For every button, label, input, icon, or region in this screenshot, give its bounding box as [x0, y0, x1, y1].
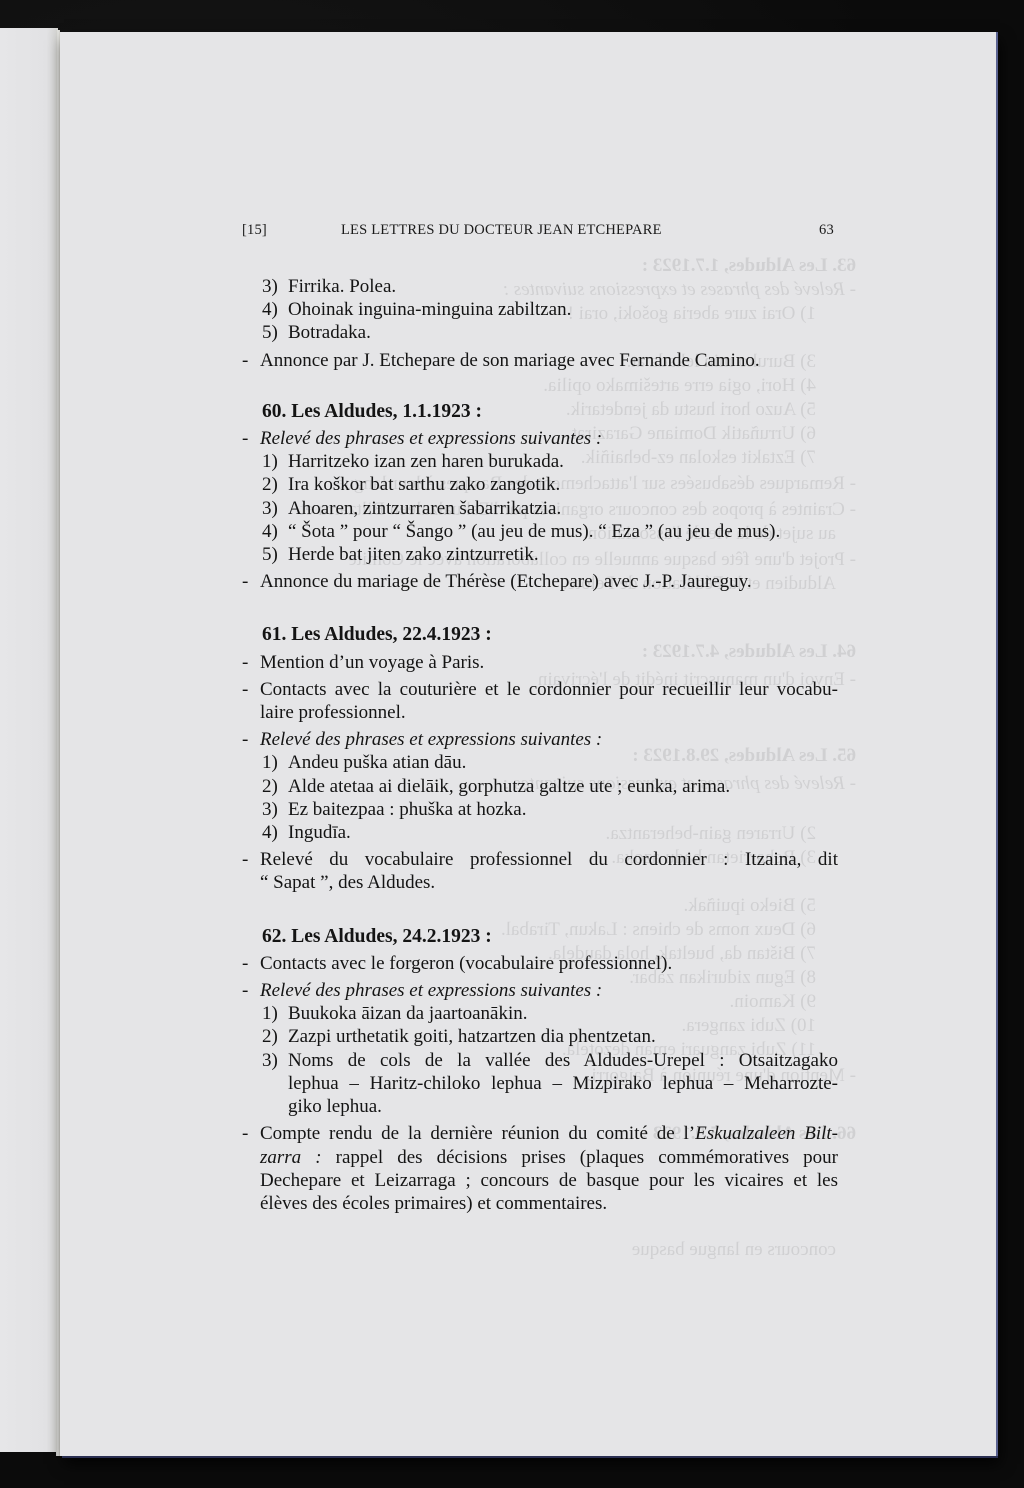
note-text-prefix: Compte rendu de la dernière réunion du c…	[260, 1123, 695, 1144]
note-line: - Relevé des phrases et expressions suiv…	[242, 427, 838, 450]
dash-bullet: -	[242, 651, 248, 674]
note-text: Contacts avec la couturière et le cordon…	[260, 678, 838, 701]
item-number: 3)	[262, 275, 278, 298]
list-item: 2) Alde atetaa ai dielāik, gorphutza gal…	[242, 775, 838, 798]
list-item: 4) Ohoinak inguina-minguina zabiltzan.	[242, 298, 838, 321]
dash-bullet: -	[242, 952, 248, 975]
item-text: Noms de cols de la vallée des Aldudes-Ur…	[288, 1049, 838, 1072]
item-text: Botradaka.	[288, 322, 371, 343]
document-page: 63. Les Aldudes, 1.7.1923 : - Relevé des…	[60, 32, 996, 1456]
page-edge	[996, 32, 998, 1456]
note-text: Relevé des phrases et expressions suivan…	[260, 729, 602, 750]
list-item: 2) Ira koškor bat sarthu zako zangotik.	[242, 473, 838, 496]
page-body: 3) Firrika. Polea. 4) Ohoinak inguina-mi…	[242, 275, 838, 1215]
note-line: - Relevé du vocabulaire professionnel du…	[242, 848, 838, 894]
running-title: LES LETTRES DU DOCTEUR JEAN ETCHEPARE	[341, 222, 662, 239]
item-text: Alde atetaa ai dielāik, gorphutza galtze…	[288, 776, 730, 797]
dash-bullet: -	[242, 427, 248, 450]
item-text: Zazpi urthetatik goiti, hatzartzen dia p…	[288, 1026, 656, 1047]
dash-bullet: -	[242, 349, 248, 372]
note-line: - Compte rendu de la dernière réunion du…	[242, 1122, 838, 1215]
dash-bullet: -	[242, 1122, 248, 1145]
dash-bullet: -	[242, 570, 248, 593]
note-text-continued: Dechepare et Leizarraga ; concours de ba…	[260, 1169, 838, 1192]
item-number: 5)	[262, 321, 278, 344]
list-item: 3) Ahoaren, zintzurraren šabarrikatzia.	[242, 497, 838, 520]
note-text-continued: élèves des écoles primaires) et commenta…	[260, 1192, 838, 1215]
running-head: [15] LES LETTRES DU DOCTEUR JEAN ETCHEPA…	[60, 218, 996, 242]
publication-title: zarra :	[260, 1147, 322, 1168]
note-text: Relevé du vocabulaire professionnel du c…	[260, 848, 838, 871]
list-item: 1) Harritzeko izan zen haren burukada.	[242, 450, 838, 473]
note-line: - Annonce du mariage de Thérèse (Etchepa…	[242, 570, 838, 593]
list-item: 1) Andeu puška atian dāu.	[242, 751, 838, 774]
dash-bullet: -	[242, 728, 248, 751]
note-line: - Annonce par J. Etchepare de son mariag…	[242, 349, 838, 372]
item-number: 4)	[262, 520, 278, 543]
item-text: Ingudīa.	[288, 822, 351, 843]
letter-heading: 62. Les Aldudes, 24.2.1923 :	[242, 925, 838, 948]
item-text: Harritzeko izan zen haren burukada.	[288, 451, 564, 472]
item-text: Buukoka āizan da jaartoanākin.	[288, 1003, 528, 1024]
item-number: 4)	[262, 298, 278, 321]
dash-bullet: -	[242, 848, 248, 871]
item-text: Ohoinak inguina-minguina zabiltzan.	[288, 299, 571, 320]
page-number: 63	[819, 222, 834, 239]
note-line: - Mention d’un voyage à Paris.	[242, 651, 838, 674]
note-text-continued: “ Sapat ”, des Aldudes.	[260, 871, 838, 894]
list-item: 1) Buukoka āizan da jaartoanākin.	[242, 1002, 838, 1025]
note-line: - Contacts avec la couturière et le cord…	[242, 678, 838, 724]
note-text-continued: laire professionnel.	[260, 701, 838, 724]
list-item: 4) “ Šota ” pour “ Šango ” (au jeu de mu…	[242, 520, 838, 543]
item-number: 3)	[262, 1049, 278, 1072]
item-number: 2)	[262, 473, 278, 496]
letter-60: 60. Les Aldudes, 1.1.1923 : - Relevé des…	[242, 400, 838, 594]
note-text: Mention d’un voyage à Paris.	[260, 652, 484, 673]
note-text: Relevé des phrases et expressions suivan…	[260, 428, 602, 449]
item-text: Ahoaren, zintzurraren šabarrikatzia.	[288, 498, 561, 519]
list-item: 3) Firrika. Polea.	[242, 275, 838, 298]
note-text: Relevé des phrases et expressions suivan…	[260, 980, 602, 1001]
letter-62: 62. Les Aldudes, 24.2.1923 : - Contacts …	[242, 925, 838, 1215]
bleed-line: concours en langue basque	[632, 1238, 836, 1262]
note-text: Annonce par J. Etchepare de son mariage …	[260, 350, 760, 371]
item-number: 5)	[262, 543, 278, 566]
list-item: 5) Herde bat jiten zako zintzurretik.	[242, 543, 838, 566]
item-number: 1)	[262, 450, 278, 473]
note-text: Annonce du mariage de Thérèse (Etchepare…	[260, 571, 752, 592]
dash-bullet: -	[242, 979, 248, 1002]
item-number: 3)	[262, 497, 278, 520]
item-number: 2)	[262, 1025, 278, 1048]
item-number: 4)	[262, 821, 278, 844]
list-item: 2) Zazpi urthetatik goiti, hatzartzen di…	[242, 1025, 838, 1048]
list-item: 3) Ez baitezpaa : phuška at hozka.	[242, 798, 838, 821]
publication-title: Eskualzaleen Bilt-	[695, 1123, 838, 1144]
note-line: - Contacts avec le forgeron (vocabulaire…	[242, 952, 838, 975]
left-facing-page	[0, 28, 58, 1452]
item-number: 2)	[262, 775, 278, 798]
note-line: - Relevé des phrases et expressions suiv…	[242, 728, 838, 751]
intro-continuation: 3) Firrika. Polea. 4) Ohoinak inguina-mi…	[242, 275, 838, 372]
list-item: 3) Noms de cols de la vallée des Aldudes…	[242, 1049, 838, 1119]
section-marker: [15]	[242, 222, 267, 239]
item-text: “ Šota ” pour “ Šango ” (au jeu de mus).…	[288, 521, 780, 542]
letter-heading: 60. Les Aldudes, 1.1.1923 :	[242, 400, 838, 423]
item-text-continued: lephua – Haritz-chiloko lephua – Mizpira…	[288, 1072, 838, 1095]
list-item: 4) Ingudīa.	[242, 821, 838, 844]
item-text: Ira koškor bat sarthu zako zangotik.	[288, 474, 560, 495]
note-text-continued: zarra : rappel des décisions prises (pla…	[260, 1146, 838, 1169]
letter-61: 61. Les Aldudes, 22.4.1923 : - Mention d…	[242, 623, 838, 894]
item-text-continued: giko lephua.	[288, 1095, 838, 1118]
item-number: 1)	[262, 1002, 278, 1025]
note-text: Contacts avec le forgeron (vocabulaire p…	[260, 953, 672, 974]
note-text: Compte rendu de la dernière réunion du c…	[260, 1122, 838, 1145]
item-text: Firrika. Polea.	[288, 276, 396, 297]
dash-bullet: -	[242, 678, 248, 701]
letter-heading: 61. Les Aldudes, 22.4.1923 :	[242, 623, 838, 646]
item-text: Andeu puška atian dāu.	[288, 752, 466, 773]
item-text: Ez baitezpaa : phuška at hozka.	[288, 799, 526, 820]
note-line: - Relevé des phrases et expressions suiv…	[242, 979, 838, 1002]
item-text: Herde bat jiten zako zintzurretik.	[288, 544, 539, 565]
item-number: 3)	[262, 798, 278, 821]
item-number: 1)	[262, 751, 278, 774]
note-text-rest: rappel des décisions prises (plaques com…	[322, 1147, 838, 1168]
list-item: 5) Botradaka.	[242, 321, 838, 344]
